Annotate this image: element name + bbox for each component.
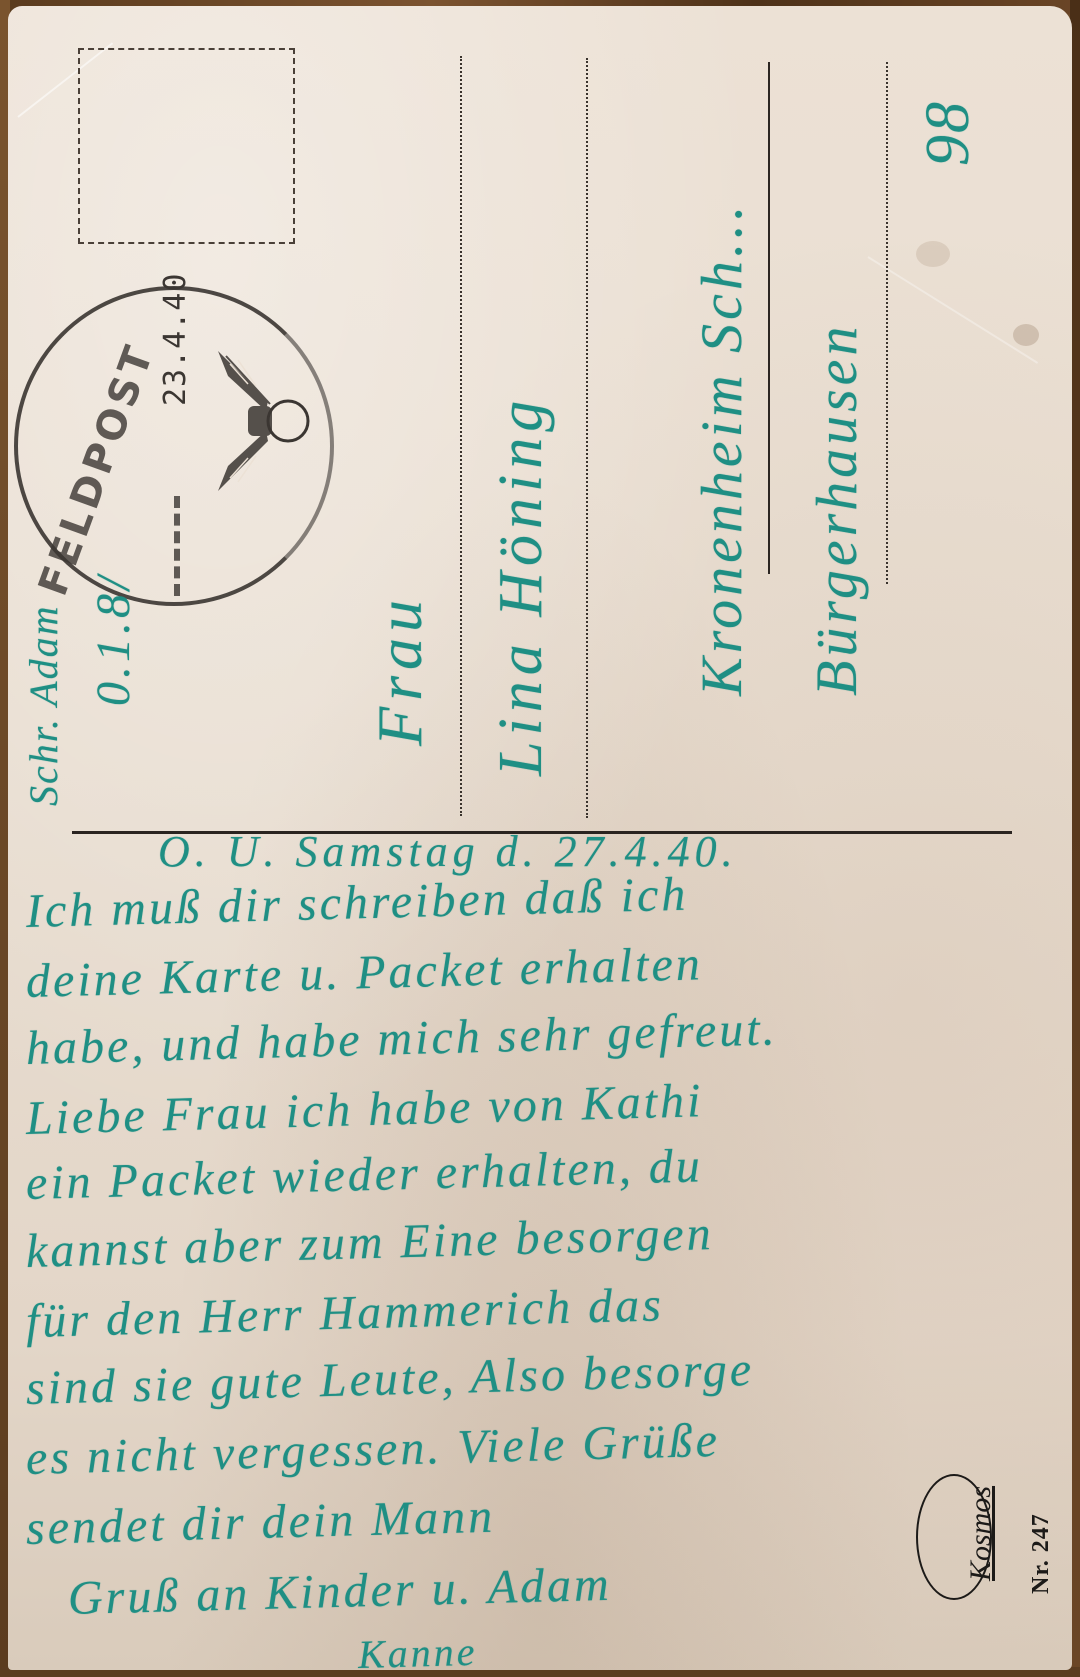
- paper-crease: [867, 256, 1038, 364]
- stamp-placeholder-box: [78, 48, 295, 244]
- message-line: Ich muß dir schreiben daß ich: [25, 867, 689, 939]
- publisher-number: Nr. 247: [1028, 1513, 1055, 1594]
- message-line: kannst aber zum Eine besorgen: [25, 1206, 714, 1279]
- address-city: Bürgerhausen: [803, 323, 870, 696]
- sender-unit: 0.1.8/: [86, 573, 141, 706]
- address-recipient-name: Lina Höning: [486, 395, 557, 776]
- message-line: ein Packet wieder erhalten, du: [25, 1138, 703, 1211]
- address-guide-line: [586, 58, 588, 818]
- paper-stain: [916, 241, 950, 267]
- eagle-emblem-icon: [208, 346, 318, 496]
- message-line: es nicht vergessen. Viele Grüße: [25, 1413, 720, 1486]
- publisher-logo-text: Kosmos: [964, 1486, 998, 1581]
- address-guide-line: [886, 62, 888, 584]
- postcard: FELDPOST 23.4.40 Schr. Adam 0.1.8/ Frau …: [8, 6, 1072, 1670]
- paper-stain: [1013, 324, 1039, 346]
- message-line: sendet dir dein Mann: [25, 1489, 496, 1556]
- address-underline: [768, 62, 770, 574]
- message-line: Liebe Frau ich habe von Kathi: [25, 1073, 704, 1146]
- message-line: Kanne: [357, 1628, 478, 1670]
- sender-name: Schr. Adam: [20, 605, 67, 806]
- postmark-date: 23.4.40: [158, 273, 193, 406]
- postmark-dashes: [174, 496, 188, 596]
- message-line: Gruß an Kinder u. Adam: [67, 1557, 612, 1626]
- message-line: sind sie gute Leute, Also besorge: [25, 1342, 754, 1416]
- address-guide-line: [460, 56, 462, 816]
- message-line: habe, und habe mich sehr gefreut.: [25, 1001, 778, 1076]
- address-street: Kronenheim Sch...: [688, 202, 755, 696]
- address-house-number: 98: [913, 100, 984, 166]
- message-line: für den Herr Hammerich das: [25, 1277, 664, 1349]
- message-line: deine Karte u. Packet erhalten: [25, 936, 703, 1009]
- address-salutation: Frau: [363, 594, 437, 746]
